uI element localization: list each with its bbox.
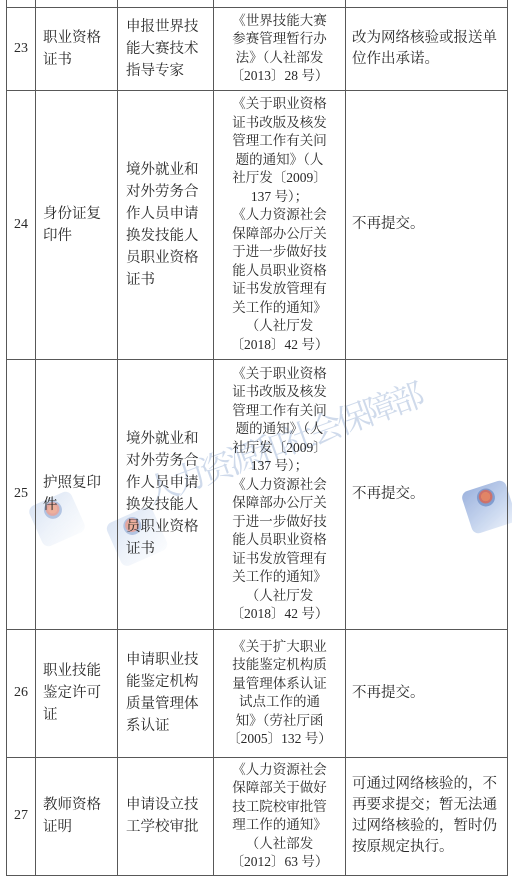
cell-matter: 申报世界技 能大赛技术 指导专家 — [118, 7, 214, 90]
cell-material-name: 身份证复 印件 — [36, 90, 118, 359]
cell-legal-basis: 《人力资源社会 保障部关于做好 技工院校审批管 理工作的通知》 （人社部发 〔2… — [214, 757, 346, 875]
cell-remark: 不再提交。 — [346, 629, 508, 757]
cell-matter: 境外就业和 对外劳务合 作人员申请 换发技能人 员职业资格 证书 — [118, 359, 214, 629]
cell-legal-basis: 《关于职业资格 证书改版及核发 管理工作有关问 题的通知》（人 社厅发〔2009… — [214, 90, 346, 359]
cell-empty — [346, 0, 508, 7]
cell-row-number: 26 — [7, 629, 36, 757]
cell-matter: 境外就业和 对外劳务合 作人员申请 换发技能人 员职业资格 证书 — [118, 90, 214, 359]
cell-row-number: 23 — [7, 7, 36, 90]
cell-material-name: 职业资格 证书 — [36, 7, 118, 90]
table-row: 23 职业资格 证书 申报世界技 能大赛技术 指导专家 《世界技能大赛 参赛管理… — [7, 7, 508, 90]
cell-legal-basis: 《关于扩大职业 技能鉴定机构质 量管理体系认证 试点工作的通 知》（劳社厅函 〔… — [214, 629, 346, 757]
table-row: 26 职业技能 鉴定许可 证 申请职业技 能鉴定机构 质量管理体 系认证 《关于… — [7, 629, 508, 757]
table-row: 27 教师资格 证明 申请设立技 工学校审批 《人力资源社会 保障部关于做好 技… — [7, 757, 508, 875]
requirements-table: 23 职业资格 证书 申报世界技 能大赛技术 指导专家 《世界技能大赛 参赛管理… — [6, 0, 508, 876]
cell-material-name: 护照复印 件 — [36, 359, 118, 629]
table-row: 25 护照复印 件 境外就业和 对外劳务合 作人员申请 换发技能人 员职业资格 … — [7, 359, 508, 629]
cell-material-name: 教师资格 证明 — [36, 757, 118, 875]
cell-row-number: 27 — [7, 757, 36, 875]
cell-remark: 不再提交。 — [346, 359, 508, 629]
cell-row-number: 24 — [7, 90, 36, 359]
cell-legal-basis: 《关于职业资格 证书改版及核发 管理工作有关问 题的通知》（人 社厅发〔2009… — [214, 359, 346, 629]
cell-empty — [36, 0, 118, 7]
cell-remark: 改为网络核验或报送单 位作出承诺。 — [346, 7, 508, 90]
table-row-partial — [7, 0, 508, 7]
cell-material-name: 职业技能 鉴定许可 证 — [36, 629, 118, 757]
table-row: 24 身份证复 印件 境外就业和 对外劳务合 作人员申请 换发技能人 员职业资格… — [7, 90, 508, 359]
cell-row-number: 25 — [7, 359, 36, 629]
cell-empty — [214, 0, 346, 7]
cell-empty — [118, 0, 214, 7]
cell-empty — [7, 0, 36, 7]
cell-legal-basis: 《世界技能大赛 参赛管理暂行办 法》（人社部发 〔2013〕28 号） — [214, 7, 346, 90]
cell-matter: 申请职业技 能鉴定机构 质量管理体 系认证 — [118, 629, 214, 757]
cell-remark: 可通过网络核验的，不 再要求提交；暂无法通 过网络核验的，暂时仍 按原规定执行。 — [346, 757, 508, 875]
cell-remark: 不再提交。 — [346, 90, 508, 359]
cell-matter: 申请设立技 工学校审批 — [118, 757, 214, 875]
